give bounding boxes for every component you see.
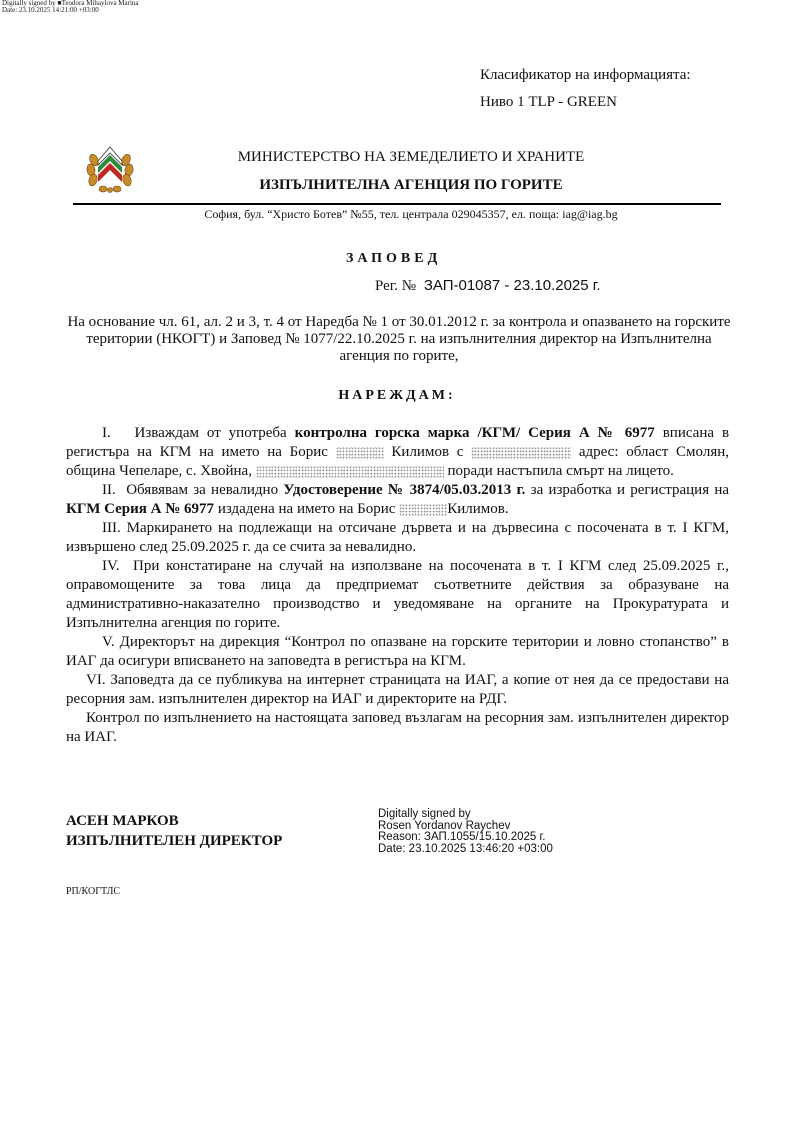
order-item-6: VI. Заповедта да се публикува на интерне…: [66, 671, 729, 709]
digital-signature-date: Date: 23.10.2025 13:46:20 +03:00: [378, 844, 553, 856]
order-item-4: IV. При констатиране на случай на използ…: [66, 557, 729, 633]
registration-label: Рег. №: [375, 278, 416, 294]
signer-position: ИЗПЪЛНИТЕЛЕН ДИРЕКТОР: [66, 831, 282, 851]
digital-signature-block: Digitally signed by Rosen Yordanov Raych…: [378, 809, 553, 855]
top-signature-date: Date: 23.10.2025 14:21:00 +03:00: [2, 7, 139, 14]
order-body: I. Изваждам от употреба контролна горска…: [66, 424, 729, 747]
redacted-text: [399, 504, 447, 516]
letterhead-divider: [73, 203, 721, 205]
legal-basis-paragraph: На основание чл. 61, ал. 2 и 3, т. 4 от …: [66, 314, 732, 365]
order-title: ЗАПОВЕД: [346, 251, 441, 267]
agency-name: ИЗПЪЛНИТЕЛНА АГЕНЦИЯ ПО ГОРИТЕ: [0, 177, 794, 194]
orders-heading: НАРЕЖДАМ:: [0, 388, 794, 404]
registration-number: Рег. № ЗАП-01087 - 23.10.2025 г.: [375, 277, 601, 295]
agency-address: София, бул. “Христо Ботев” №55, тел. цен…: [0, 207, 794, 222]
signer-block: АСЕН МАРКОВ ИЗПЪЛНИТЕЛЕН ДИРЕКТОР: [66, 811, 282, 851]
reference-code: РП/КОГТЛС: [66, 886, 120, 897]
redacted-text: [256, 466, 444, 478]
order-item-5: V. Директорът на дирекция “Контрол по оп…: [66, 633, 729, 671]
ministry-name: МИНИСТЕРСТВО НА ЗЕМЕДЕЛИЕТО И ХРАНИТЕ: [0, 149, 794, 166]
digital-signature-reason: Reason: ЗАП.1055/15.10.2025 г.: [378, 832, 553, 844]
redacted-text: [471, 447, 571, 459]
order-item-3: III. Маркирането на подлежащи на отсичан…: [66, 519, 729, 557]
order-item-1: I. Изваждам от употреба контролна горска…: [66, 424, 729, 481]
classification-level: Ниво 1 TLP - GREEN: [480, 94, 617, 111]
redacted-text: [336, 447, 384, 459]
control-mark-reference: контролна горска марка /КГМ/ Серия А № 6…: [295, 425, 655, 441]
registration-value: ЗАП-01087 - 23.10.2025 г.: [424, 277, 601, 294]
classification-label: Класификатор на информацията:: [480, 67, 691, 84]
certificate-reference: Удостоверение № 3874/05.03.2013 г.: [283, 482, 525, 498]
control-mark-reference: КГМ Серия А № 6977: [66, 501, 214, 517]
order-item-2: II. Обявявам за невалидно Удостоверение …: [66, 481, 729, 519]
control-paragraph: Контрол по изпълнението на настоящата за…: [66, 709, 729, 747]
top-digital-signature: Digitally signed by ■Teodora Mihaylova M…: [2, 0, 139, 14]
signer-name: АСЕН МАРКОВ: [66, 811, 282, 831]
